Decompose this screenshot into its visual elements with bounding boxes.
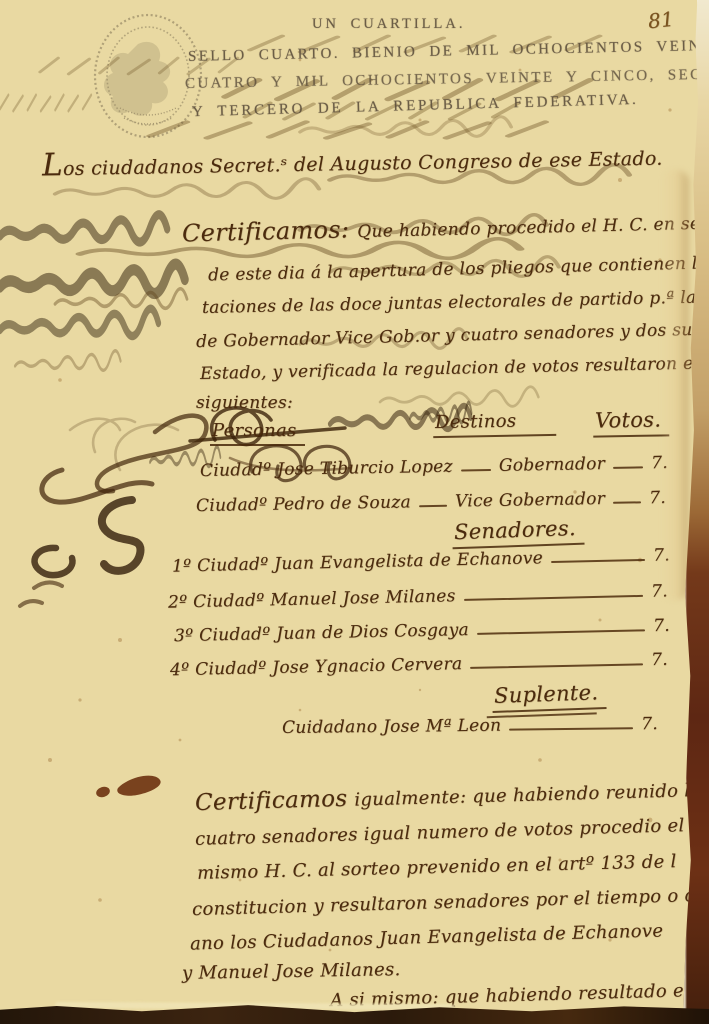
manuscript-page: UN CUARTILLA. SELLO CUARTO. BIENIO DE MI… — [0, 0, 709, 1024]
column-header-personas: Personas — [210, 420, 305, 441]
dash-rule — [551, 559, 645, 563]
row-persona: Cuidadano Jose Mª Leon — [282, 716, 501, 738]
dash-rule — [464, 595, 644, 601]
column-header-votos: Votos. — [593, 407, 670, 432]
row-persona: Ciudadº Pedro de Souza — [196, 492, 411, 516]
dash-rule — [477, 629, 645, 635]
senadores-label: Senadores. — [452, 516, 585, 550]
cert1-lead: Certificamos: — [182, 215, 350, 247]
row-destino: Vice Gobernador — [455, 489, 605, 512]
suplente-heading: Suplente. — [492, 680, 607, 708]
ink-blot — [95, 776, 161, 799]
row-destino: Gobernador — [499, 454, 606, 476]
suplente-label: Suplente. — [492, 680, 607, 713]
dash-rule — [509, 727, 633, 730]
printed-header-line1: UN CUARTILLA. — [312, 16, 465, 33]
votos-label: Votos. — [593, 407, 670, 437]
cert1-line6: siguientes: — [196, 393, 293, 413]
cert2-lead: Certificamos — [195, 786, 348, 816]
row-votos: 7. — [651, 650, 668, 670]
column-header-destinos: Destinos — [433, 410, 557, 433]
dash-rule — [419, 505, 447, 507]
row-votos: 7. — [653, 616, 670, 636]
dash-rule — [461, 469, 491, 472]
cert2-line6: y Manuel Jose Milanes. — [182, 959, 401, 984]
page-number: 81 — [647, 7, 675, 34]
dash-rule — [470, 663, 643, 669]
dash-rule — [613, 466, 643, 469]
senadores-heading: Senadores. — [452, 516, 585, 545]
page-curl-shading — [661, 170, 689, 600]
destinos-label: Destinos — [433, 410, 557, 438]
dash-rule — [613, 501, 641, 503]
personas-label: Personas — [210, 420, 305, 446]
table-row: Cuidadano Jose Mª Leon7. — [282, 714, 658, 738]
row-votos: 7. — [641, 714, 658, 734]
